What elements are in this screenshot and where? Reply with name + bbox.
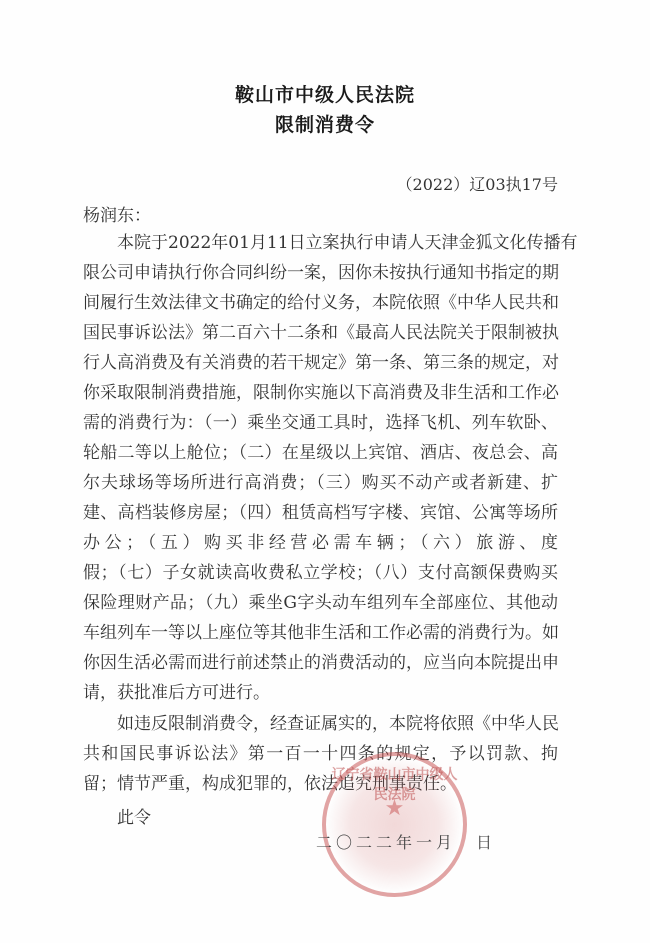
text-line: 你因生活必需而进行前述禁止的消费活动的，应当向本院提出申 <box>83 652 558 674</box>
text-line: 限公司申请执行你合同纠纷一案，因你未按执行通知书指定的期 <box>83 262 558 284</box>
text-line: 本院于2022年01月11日立案执行申请人天津金狐文化传播有 <box>117 232 558 254</box>
text-line: 请，获批准后方可进行。 <box>83 682 558 704</box>
addressee: 杨润东： <box>83 201 151 226</box>
text-line: 共和国民事诉讼法》第一百一十四条的规定，予以罚款、拘 <box>83 743 558 765</box>
court-name-heading: 鞍山市中级人民法院 <box>0 80 650 107</box>
court-seal: 辽宁省鞍山市中级人民法院 ★ <box>322 752 467 897</box>
text-line: 如违反限制消费令，经查证属实的，本院将依照《中华人民 <box>117 713 558 735</box>
document-title: 限制消费令 <box>0 110 650 137</box>
text-line: 需的消费行为：（一）乘坐交通工具时，选择飞机、列车软卧、 <box>83 412 558 434</box>
closing-text: 此令 <box>117 803 151 828</box>
text-line: 行人高消费及有关消费的若干规定》第一条、第三条的规定，对 <box>83 352 558 374</box>
text-line: 建、高档装修房屋；（四）租赁高档写字楼、宾馆、公寓等场所 <box>83 502 558 524</box>
text-line: 尔夫球场等场所进行高消费；（三）购买不动产或者新建、扩 <box>83 472 558 494</box>
star-icon: ★ <box>385 796 405 821</box>
text-line: 轮船二等以上舱位；（二）在星级以上宾馆、酒店、夜总会、高 <box>83 442 558 464</box>
text-line: 车组列车一等以上座位等其他非生活和工作必需的消费行为。如 <box>83 622 558 644</box>
text-line: 国民事诉讼法》第二百六十二条和《最高人民法院关于限制被执 <box>83 322 558 344</box>
text-line: 假；（七）子女就读高收费私立学校；（八）支付高额保费购买 <box>83 562 558 584</box>
text-line: 办公；（五）购买非经营必需车辆；（六）旅游、度 <box>83 532 558 554</box>
text-line: 留；情节严重，构成犯罪的，依法追究刑事责任。 <box>83 773 558 795</box>
text-line: 你采取限制消费措施，限制你实施以下高消费及非生活和工作必 <box>83 382 558 404</box>
case-number: （2022）辽03执17号 <box>397 172 558 195</box>
text-line: 间履行生效法律文书确定的给付义务，本院依照《中华人民共和 <box>83 292 558 314</box>
issue-date: 二〇二二年一月 日 <box>316 830 496 853</box>
text-line: 保险理财产品；（九）乘坐G字头动车组列车全部座位、其他动 <box>83 592 558 614</box>
